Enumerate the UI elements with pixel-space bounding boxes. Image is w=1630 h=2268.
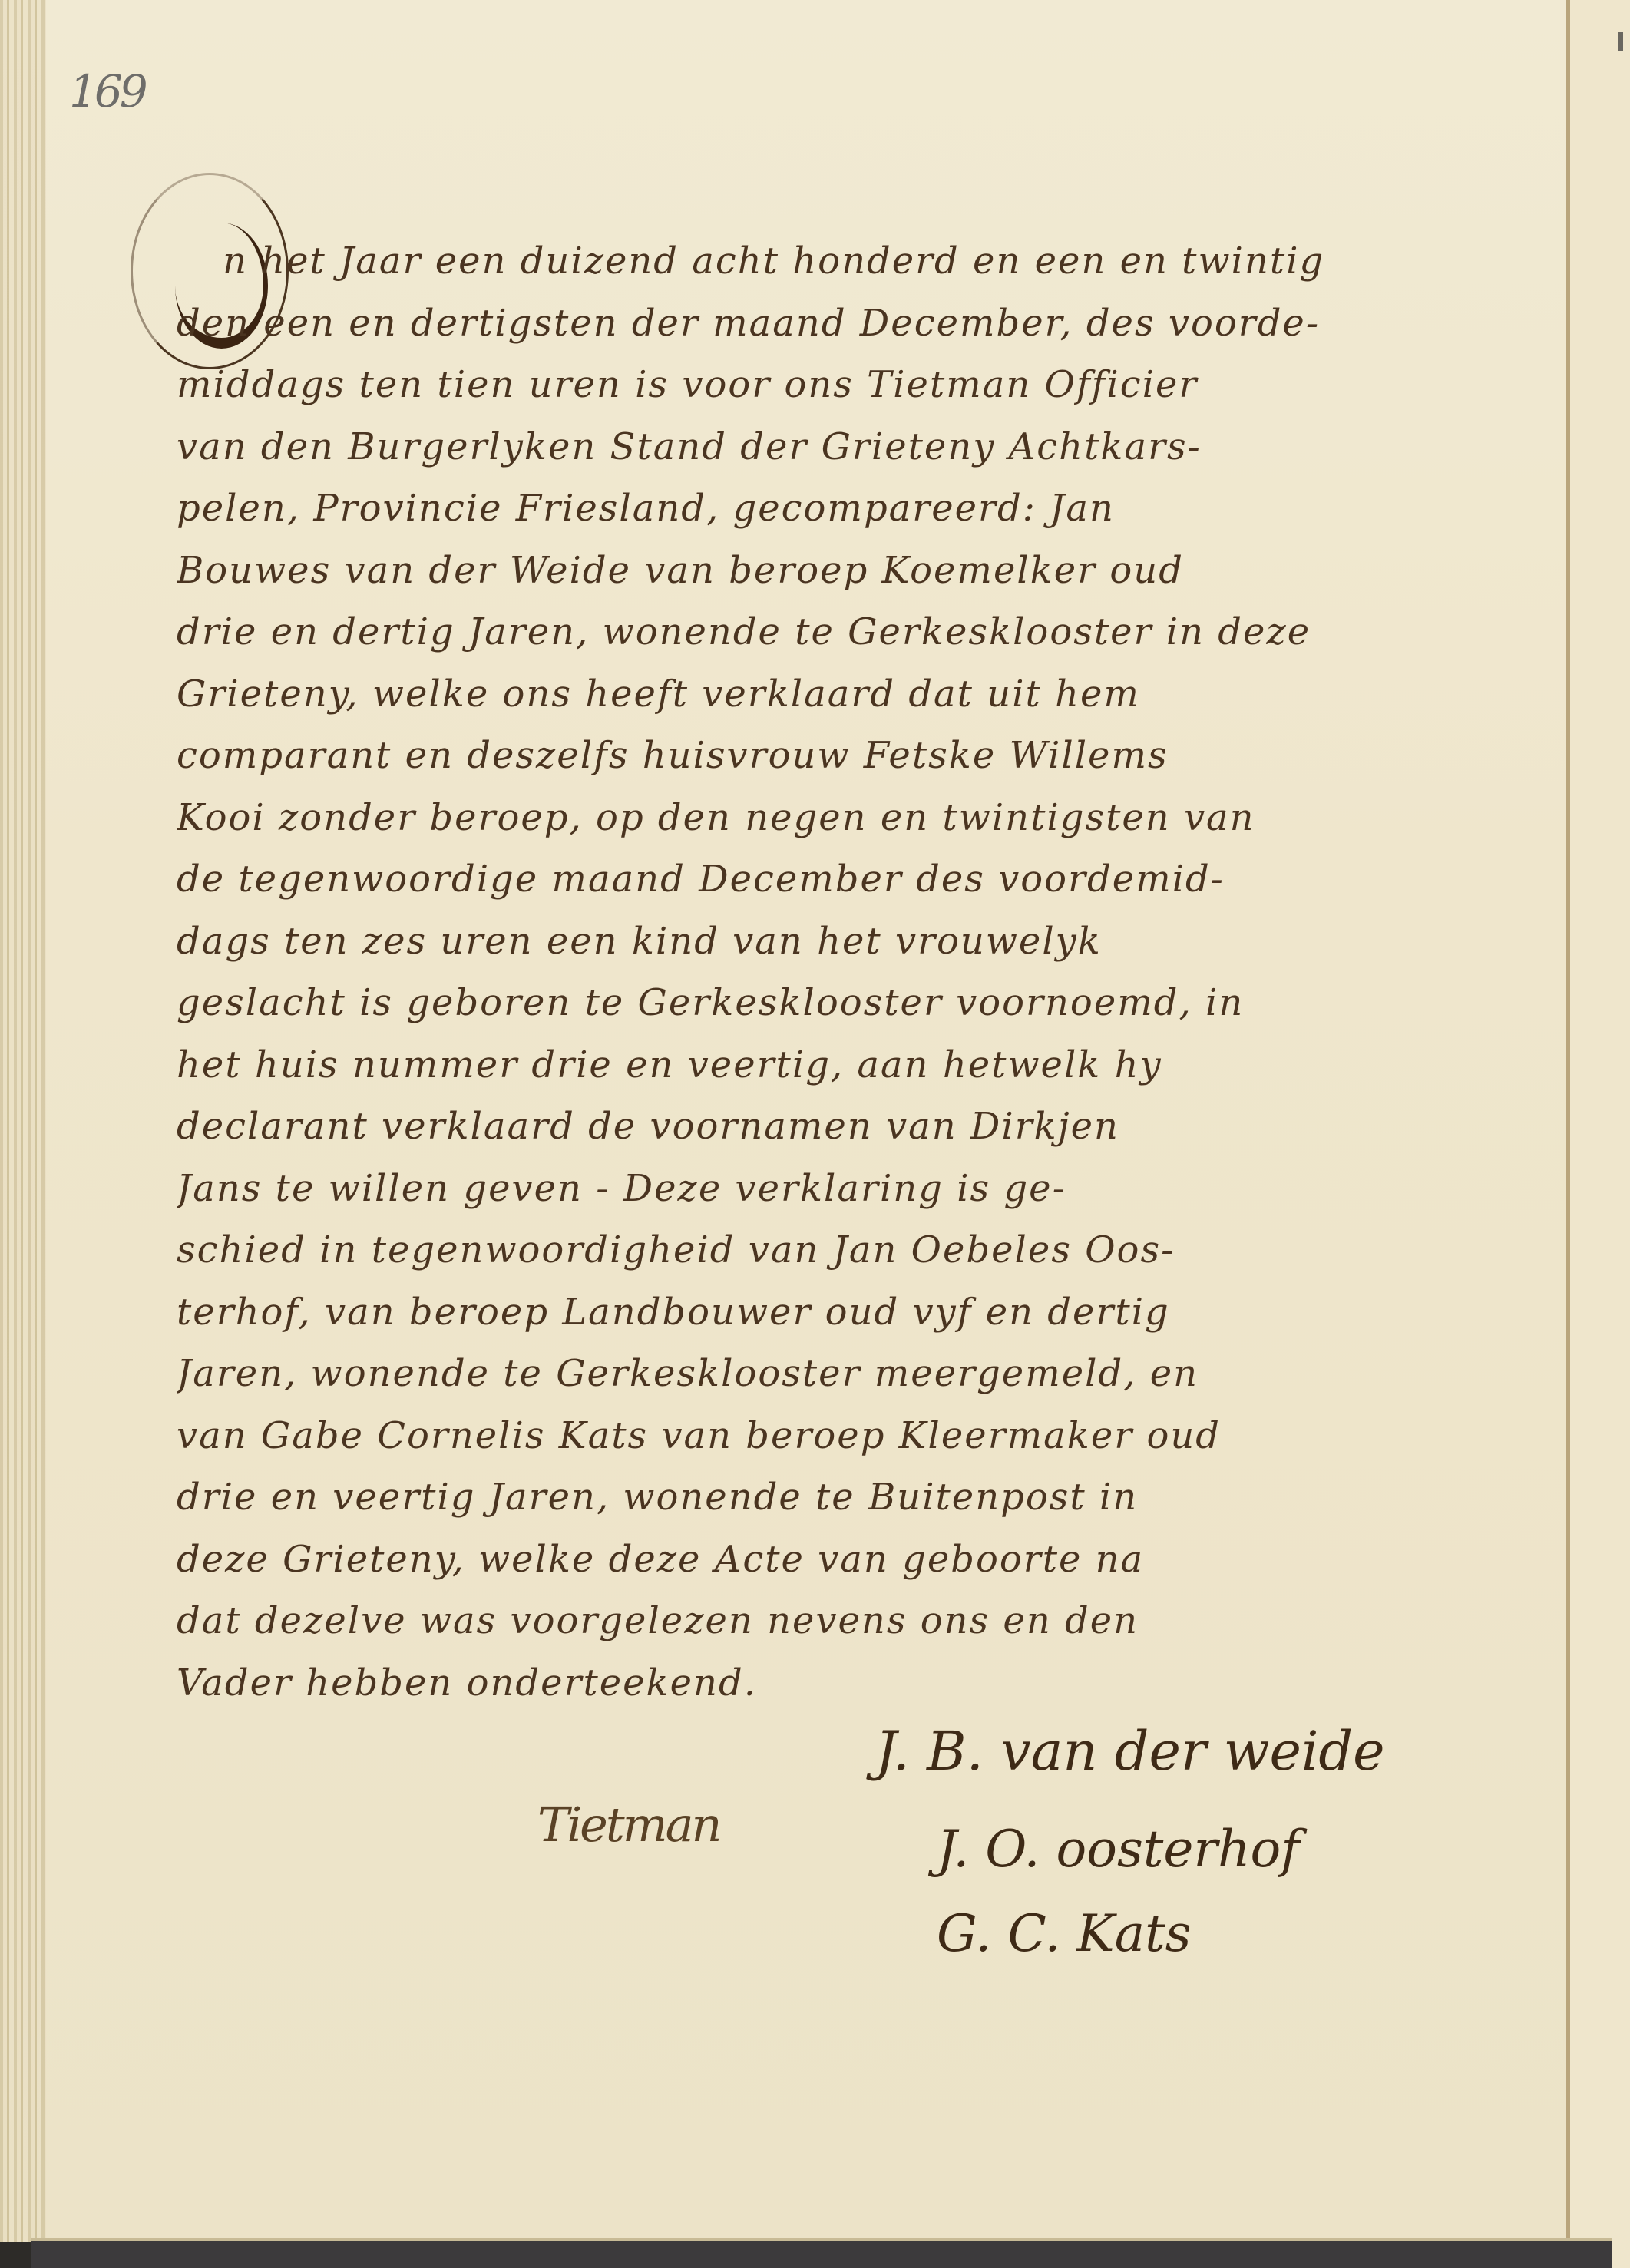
text-line: Bouwes van der Weide van beroep Koemelke…: [177, 540, 1559, 602]
signature-witness-1: J. O. oosterhof: [937, 1820, 1300, 1879]
text-line: deze Grieteny, welke deze Acte van geboo…: [177, 1529, 1559, 1591]
text-line: pelen, Provincie Friesland, gecompareerd…: [177, 478, 1559, 540]
text-line: declarant verklaard de voornamen van Dir…: [177, 1096, 1559, 1158]
text-line: den een en dertigsten der maand December…: [177, 293, 1559, 355]
manuscript-page: 169 n het Jaar een duizend acht honderd …: [0, 0, 1609, 2242]
text-line: dags ten zes uren een kind van het vrouw…: [177, 911, 1559, 973]
signature-father: J. B. van der weide: [875, 1720, 1385, 1783]
signature-witness-2: G. C. Kats: [937, 1904, 1191, 1963]
text-line: Jaren, wonende te Gerkesklooster meergem…: [177, 1343, 1559, 1405]
text-line: de tegenwoordige maand December des voor…: [177, 848, 1559, 911]
folio-number: 169: [69, 65, 145, 117]
text-line: Vader hebben onderteekend.: [177, 1652, 1559, 1714]
record-body: n het Jaar een duizend acht honderd en e…: [177, 230, 1559, 1714]
text-line: Kooi zonder beroep, op den negen en twin…: [177, 787, 1559, 849]
text-line: geslacht is geboren te Gerkesklooster vo…: [177, 972, 1559, 1034]
page-stack-edges: [0, 0, 46, 2242]
text-line: van Gabe Cornelis Kats van beroep Kleerm…: [177, 1405, 1559, 1467]
text-line: schied in tegenwoordigheid van Jan Oebel…: [177, 1219, 1559, 1281]
adjacent-page-edge: [1570, 0, 1630, 2268]
text-line: dat dezelve was voorgelezen nevens ons e…: [177, 1590, 1559, 1652]
book-bottom-edge: [31, 2238, 1612, 2268]
text-line: drie en dertig Jaren, wonende te Gerkesk…: [177, 601, 1559, 663]
text-line: comparant en deszelfs huisvrouw Fetske W…: [177, 725, 1559, 787]
adjacent-page-mark: [1618, 32, 1623, 51]
text-line: van den Burgerlyken Stand der Grieteny A…: [177, 416, 1559, 478]
text-line: Jans te willen geven - Deze verklaring i…: [177, 1158, 1559, 1220]
text-line: middags ten tien uren is voor ons Tietma…: [177, 354, 1559, 416]
text-line: drie en veertig Jaren, wonende te Buiten…: [177, 1466, 1559, 1529]
text-line: terhof, van beroep Landbouwer oud vyf en…: [177, 1281, 1559, 1344]
text-line: n het Jaar een duizend acht honderd en e…: [177, 230, 1559, 293]
signature-registrar: Tietman: [537, 1797, 719, 1853]
text-line: Grieteny, welke ons heeft verklaard dat …: [177, 663, 1559, 726]
text-line: het huis nummer drie en veertig, aan het…: [177, 1034, 1559, 1096]
